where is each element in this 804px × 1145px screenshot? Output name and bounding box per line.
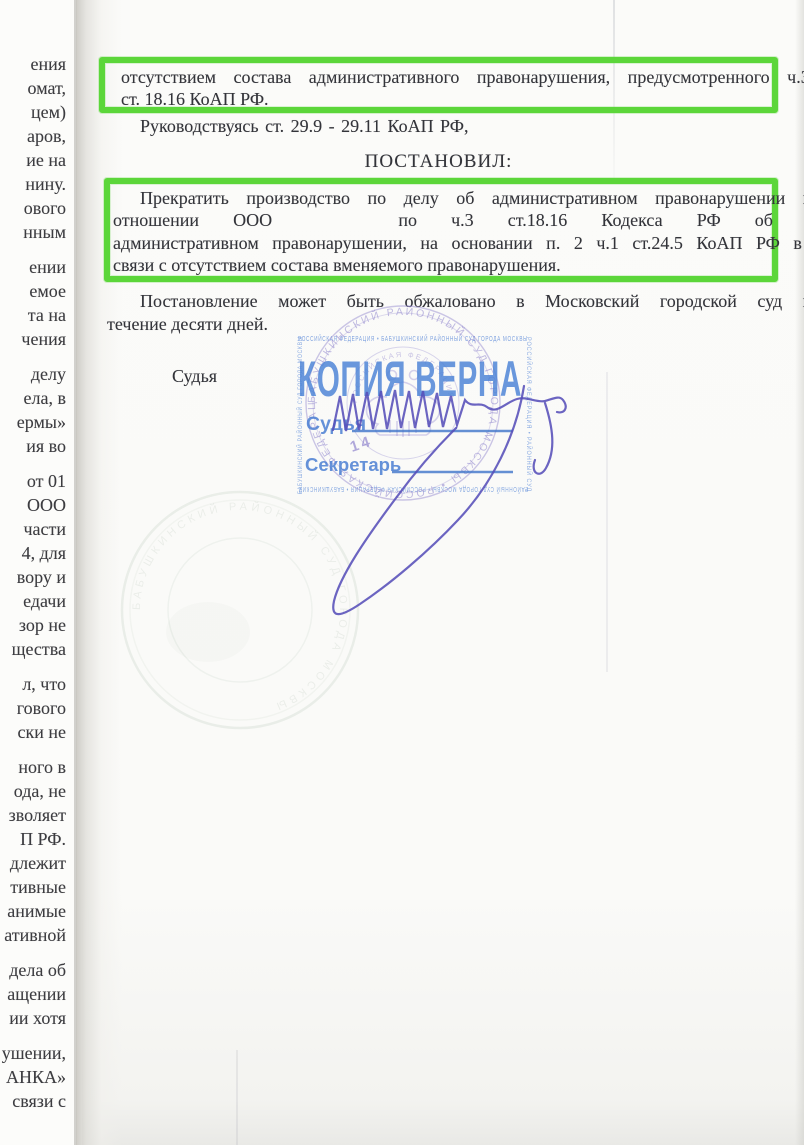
text-fragment: омат, — [0, 78, 66, 102]
text-fragment: от 01 — [0, 471, 66, 495]
text-fragment: связи с — [0, 1091, 66, 1115]
text-fragment: анимые — [0, 901, 66, 925]
paper-crease-bottom — [236, 1050, 238, 1145]
stamp-border-text-top: РОССИЙСКАЯ ФЕДЕРАЦИЯ • БАБУШКИНСКИЙ РАЙО… — [298, 334, 528, 343]
fragment-gap — [0, 246, 66, 257]
fragment-gap — [0, 460, 66, 471]
text-fragment: зор не — [0, 615, 66, 639]
text-fragment: цем) — [0, 102, 66, 126]
double-eagle-emblem — [367, 371, 440, 438]
text-fragment: ового — [0, 198, 66, 222]
text-fragment: нным — [0, 222, 66, 246]
text-fragment: по — [398, 209, 417, 231]
body-line: связи с отсутствием состава вменяемого п… — [113, 254, 766, 276]
text-fragment: ушении, — [0, 1043, 66, 1067]
fragment-gap — [0, 746, 66, 757]
page-right-shadow — [795, 0, 804, 1145]
text-fragment: ода, не — [0, 781, 66, 805]
body-line: административном правонарушении, на осно… — [113, 232, 766, 254]
body-line: Прекратить производство по делу об админ… — [113, 187, 766, 209]
body-line-guidance: Руководствуясь ст. 29.9 - 29.11 КоАП РФ, — [140, 116, 469, 137]
text-fragment: гового — [0, 698, 66, 722]
resolution-heading: ПОСТАНОВИЛ: — [99, 151, 778, 173]
text-fragment: ст.18.16 — [508, 209, 568, 231]
text-fragment: едачи — [0, 591, 66, 615]
text-fragment: аров, — [0, 126, 66, 150]
text-fragment: та на — [0, 305, 66, 329]
text-fragment: длежит — [0, 853, 66, 877]
scanned-page: енияомат,цем)аров,ие нанину.овогоннымени… — [0, 0, 804, 1145]
paper-crease-middle — [606, 372, 608, 672]
copy-true-stamp-text: КОПИЯ ВЕРНА — [298, 351, 522, 407]
text-fragment: нину. — [0, 174, 66, 198]
text-fragment: об — [755, 209, 773, 231]
fragment-gap — [0, 663, 66, 674]
text-fragment: тивные — [0, 877, 66, 901]
text-fragment: ООО — [0, 495, 66, 519]
text-fragment: ения — [0, 54, 66, 78]
text-fragment: ении — [0, 257, 66, 281]
fragment-gap — [0, 949, 66, 960]
text-fragment: части — [0, 519, 66, 543]
text-fragment: отношении — [113, 209, 199, 231]
text-fragment: ия во — [0, 436, 66, 460]
text-fragment: ч.3 — [451, 209, 474, 231]
body-line-appeal: течение десяти дней. — [107, 314, 268, 335]
text-fragment: 4, для — [0, 543, 66, 567]
text-fragment: л, что — [0, 674, 66, 698]
body-line-appeal: Постановление может быть обжаловано в Мо… — [140, 291, 770, 312]
seal-number: 14 — [348, 433, 375, 456]
text-fragment: ного в — [0, 757, 66, 781]
text-fragment: ермы» — [0, 412, 66, 436]
handwritten-signature — [333, 386, 566, 614]
body-line: отсутствием состава административного пр… — [121, 66, 764, 88]
highlight-box-top: отсутствием состава административного пр… — [99, 57, 778, 113]
text-fragment: РФ — [697, 209, 721, 231]
text-fragment: делу — [0, 364, 66, 388]
faint-seal-stamp: БАБУШКИНСКИЙ РАЙОННЫЙ СУД ГОРОДА МОСКВЫ — [122, 492, 358, 728]
text-fragment: вору и — [0, 567, 66, 591]
body-line: ст. 18.16 КоАП РФ. — [121, 88, 764, 110]
text-fragment: ии хотя — [0, 1008, 66, 1032]
highlight-box-resolution: Прекратить производство по делу об админ… — [104, 178, 778, 282]
stamp-border-text-right: РОССИЙСКАЯ ФЕДЕРАЦИЯ • РАЙОННЫЙ СУД — [525, 337, 534, 492]
text-fragment: зволяет — [0, 805, 66, 829]
fragment-gap — [0, 1032, 66, 1043]
text-fragment: ащении — [0, 984, 66, 1008]
fragment-gap — [0, 353, 66, 364]
text-fragment: ативной — [0, 925, 66, 949]
body-line-redacted: отношенииОООпоч.3ст.18.16КодексаРФоб — [113, 209, 773, 231]
faint-seal-ring-text: БАБУШКИНСКИЙ РАЙОННЫЙ СУД ГОРОДА МОСКВЫ — [131, 501, 349, 714]
stamp-border-text-bottom: РАЙОННЫЙ СУД ГОРОДА МОСКВЫ • РОССИЙСКАЯ … — [298, 485, 528, 494]
text-fragment: АНКА» — [0, 1067, 66, 1091]
text-fragment: ООО — [233, 209, 272, 231]
text-fragment: Кодекса — [601, 209, 662, 231]
left-page-text-fragments: енияомат,цем)аров,ие нанину.овогоннымени… — [0, 54, 66, 1115]
text-fragment: ски не — [0, 722, 66, 746]
stamp-judge-label: Судья — [306, 413, 366, 435]
text-fragment: ие на — [0, 150, 66, 174]
stamp-border-text-left: БАБУШКИНСКИЙ РАЙОННЫЙ СУД ГОРОДА МОСКВЫ — [295, 336, 304, 494]
text-fragment: ела, в — [0, 388, 66, 412]
text-fragment: дела об — [0, 960, 66, 984]
seal-inner-ring-text: РОССИЙСКАЯ ФЕДЕРАЦИЯ — [350, 350, 456, 403]
text-fragment: П РФ. — [0, 829, 66, 853]
stamp-secretary-label: Секретарь — [305, 454, 401, 475]
judge-signature-label: Судья — [172, 366, 217, 387]
text-fragment: щества — [0, 639, 66, 663]
text-fragment: емое — [0, 281, 66, 305]
text-fragment: чения — [0, 329, 66, 353]
